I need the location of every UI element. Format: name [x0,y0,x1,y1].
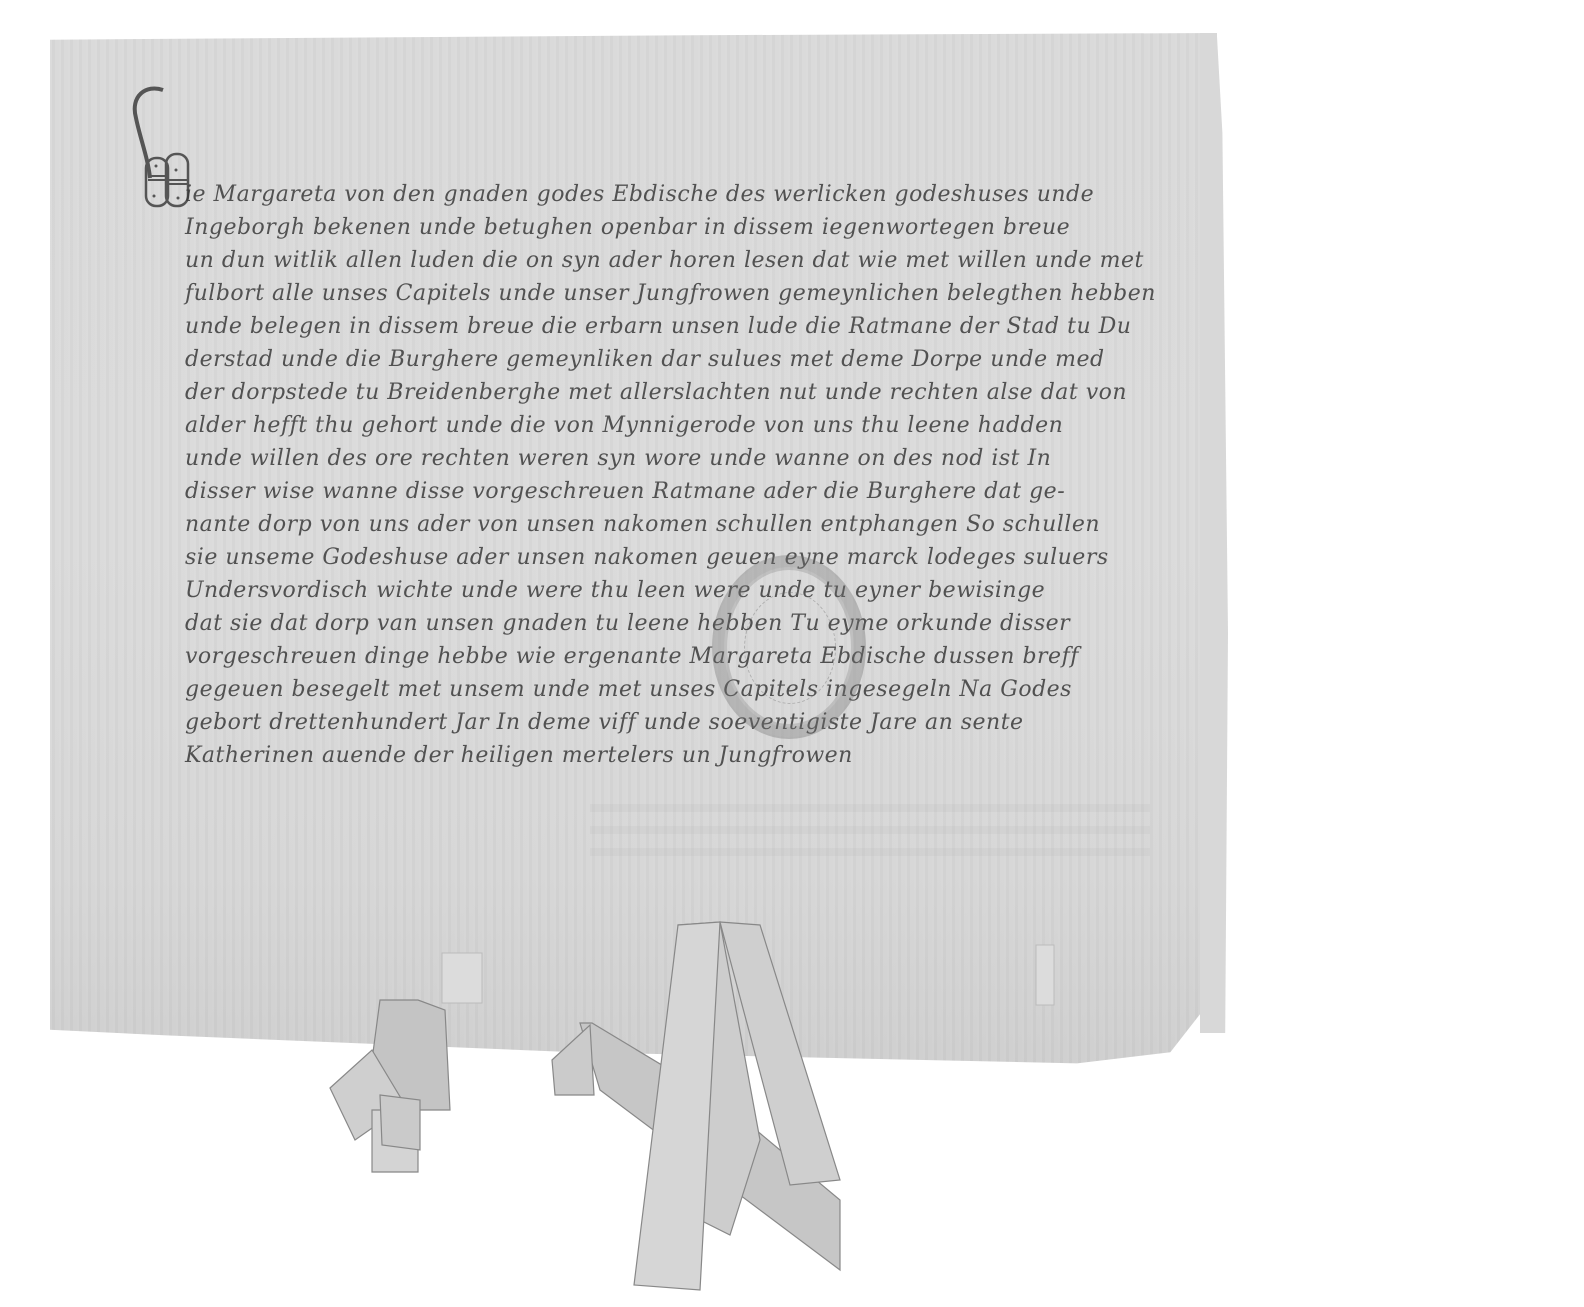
right-seal-tag [552,922,840,1290]
right-slit [1036,945,1054,1005]
left-seal-tag [330,1000,450,1172]
left-slit [442,953,482,1003]
seal-tags [0,0,1584,1307]
